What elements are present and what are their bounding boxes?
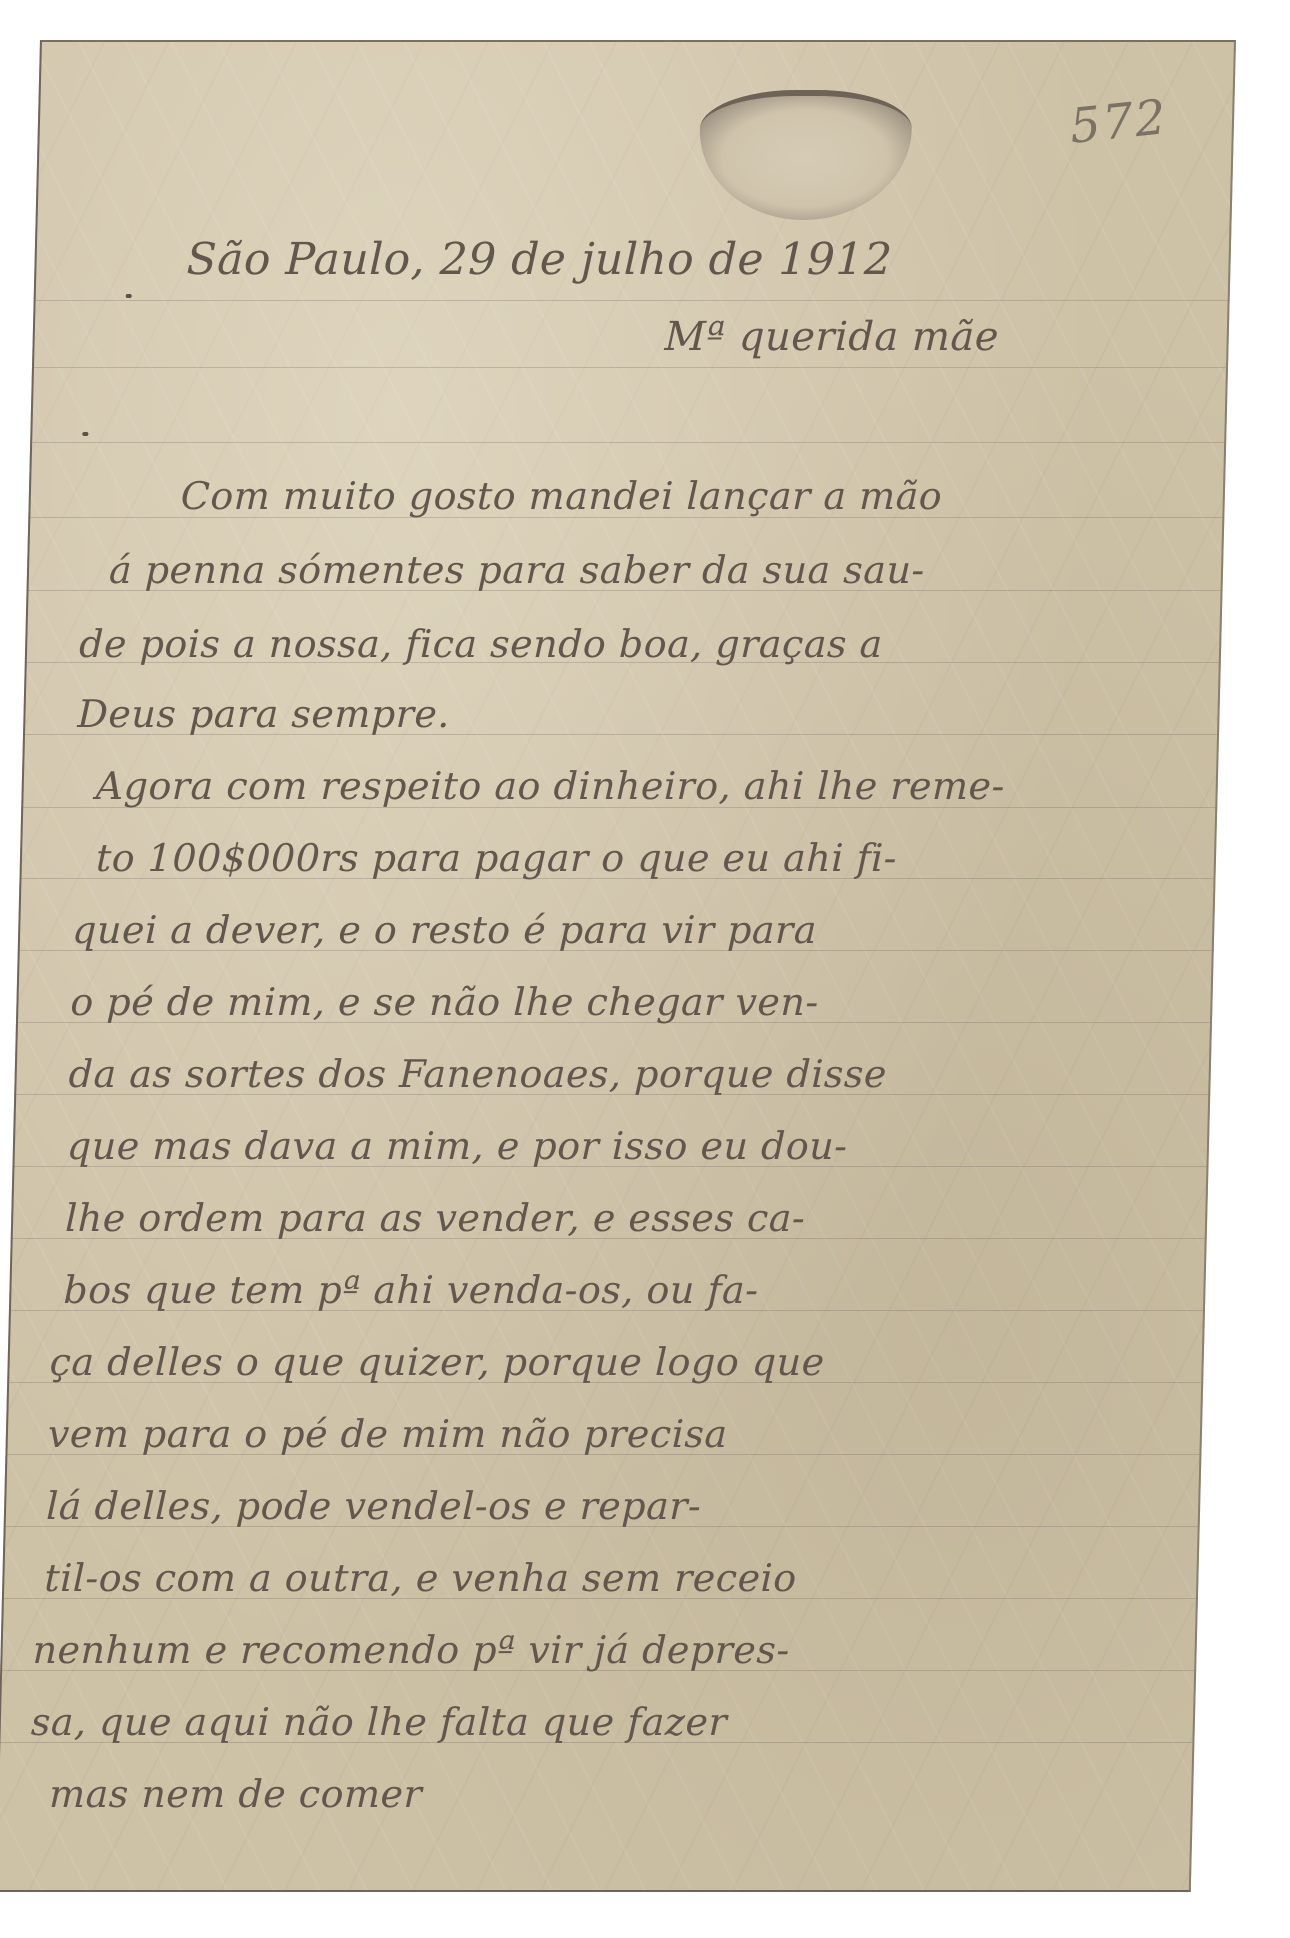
body-line: nenhum e recomendo pª vir já depres- <box>32 1628 790 1672</box>
body-line: lá delles, pode vendel-os e repar- <box>46 1484 702 1528</box>
ruled-line <box>32 442 1224 443</box>
body-line: o pé de mim, e se não lhe chegar ven- <box>70 980 819 1024</box>
body-line: Com muito gosto mandei lançar a mão <box>180 474 942 518</box>
archive-number: 572 <box>1068 89 1170 155</box>
body-line: lhe ordem para as vender, e esses ca- <box>65 1196 806 1240</box>
wax-stain <box>698 90 913 220</box>
body-line: Deus para sempre. <box>77 692 451 736</box>
body-line: sa, que aqui não lhe falta que fazer <box>30 1700 727 1744</box>
ruled-line <box>34 367 1226 368</box>
body-line: til-os com a outra, e venha sem receio <box>44 1556 797 1600</box>
letter-paper: 572 São Paulo, 29 de julho de 1912 Mª qu… <box>0 40 1236 1892</box>
salutation: Mª querida mãe <box>664 314 999 360</box>
body-line: que mas dava a mim, e por isso eu dou- <box>66 1124 848 1168</box>
body-line: de pois a nossa, fica sendo boa, graças … <box>79 622 884 666</box>
place-date: São Paulo, 29 de julho de 1912 <box>186 234 893 285</box>
body-line: to 100$000rs para pagar o que eu ahi fi- <box>95 836 897 880</box>
margin-dot <box>82 432 88 436</box>
margin-dot <box>126 294 132 298</box>
ruled-line <box>36 300 1228 301</box>
body-line: ça delles o que quizer, porque logo que <box>49 1340 825 1384</box>
body-line: Agora com respeito ao dinheiro, ahi lhe … <box>95 764 1005 808</box>
body-line: mas nem de comer <box>49 1772 423 1816</box>
body-line: vem para o pé de mim não precisa <box>47 1412 728 1456</box>
body-line: quei a dever, e o resto é para vir para <box>72 908 818 952</box>
body-line: da as sortes dos Fanenoaes, porque disse <box>68 1052 887 1096</box>
body-line: á penna sómentes para saber da sua sau- <box>109 548 926 592</box>
body-line: bos que tem pª ahi venda-os, ou fa- <box>63 1268 759 1312</box>
